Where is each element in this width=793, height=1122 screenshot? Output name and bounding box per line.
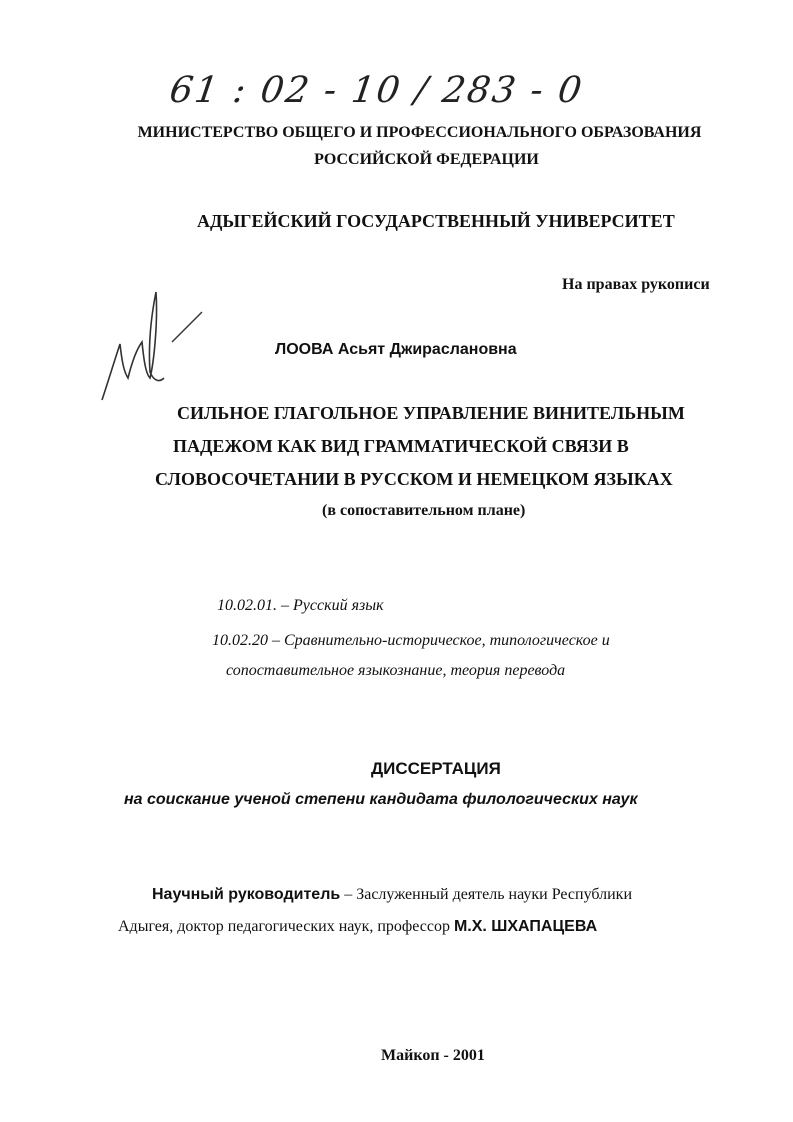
title-subtitle: (в сопоставительном плане) bbox=[322, 502, 525, 520]
specialty-2: 10.02.20 – Сравнительно-историческое, ти… bbox=[212, 632, 610, 650]
degree-statement: на соискание ученой степени кандидата фи… bbox=[124, 791, 638, 809]
dissertation-heading: ДИССЕРТАЦИЯ bbox=[371, 759, 501, 779]
ministry-line-2: РОССИЙСКОЙ ФЕДЕРАЦИИ bbox=[0, 151, 793, 169]
title-line-1: СИЛЬНОЕ ГЛАГОЛЬНОЕ УПРАВЛЕНИЕ ВИНИТЕЛЬНЫ… bbox=[177, 403, 685, 424]
title-line-3: СЛОВОСОЧЕТАНИИ В РУССКОМ И НЕМЕЦКОМ ЯЗЫК… bbox=[155, 469, 673, 490]
city-year: Майкоп - 2001 bbox=[381, 1047, 485, 1065]
specialty-2-continued: сопоставительное языкознание, теория пер… bbox=[226, 662, 565, 680]
signature-icon bbox=[98, 282, 208, 412]
supervisor-line-2: Адыгея, доктор педагогических наук, проф… bbox=[118, 918, 597, 936]
title-line-2: ПАДЕЖОМ КАК ВИД ГРАММАТИЧЕСКОЙ СВЯЗИ В bbox=[173, 436, 629, 457]
supervisor-line-1: Научный руководитель – Заслуженный деяте… bbox=[152, 886, 632, 904]
supervisor-label: Научный руководитель bbox=[152, 886, 340, 903]
supervisor-title-part-2: Адыгея, доктор педагогических наук, проф… bbox=[118, 918, 454, 935]
supervisor-name: М.Х. ШХАПАЦЕВА bbox=[454, 918, 597, 935]
specialty-1: 10.02.01. – Русский язык bbox=[217, 597, 384, 615]
ministry-line-1: МИНИСТЕРСТВО ОБЩЕГО И ПРОФЕССИОНАЛЬНОГО … bbox=[0, 124, 793, 142]
supervisor-title-part-1: – Заслуженный деятель науки Республики bbox=[340, 886, 632, 903]
author-name: ЛООВА Асьят Джираслановна bbox=[275, 341, 517, 359]
handwritten-registry-number: 61 : 02 - 10 / 283 - 0 bbox=[167, 70, 586, 111]
university-name: АДЫГЕЙСКИЙ ГОСУДАРСТВЕННЫЙ УНИВЕРСИТЕТ bbox=[197, 211, 675, 232]
manuscript-rights: На правах рукописи bbox=[562, 276, 710, 294]
